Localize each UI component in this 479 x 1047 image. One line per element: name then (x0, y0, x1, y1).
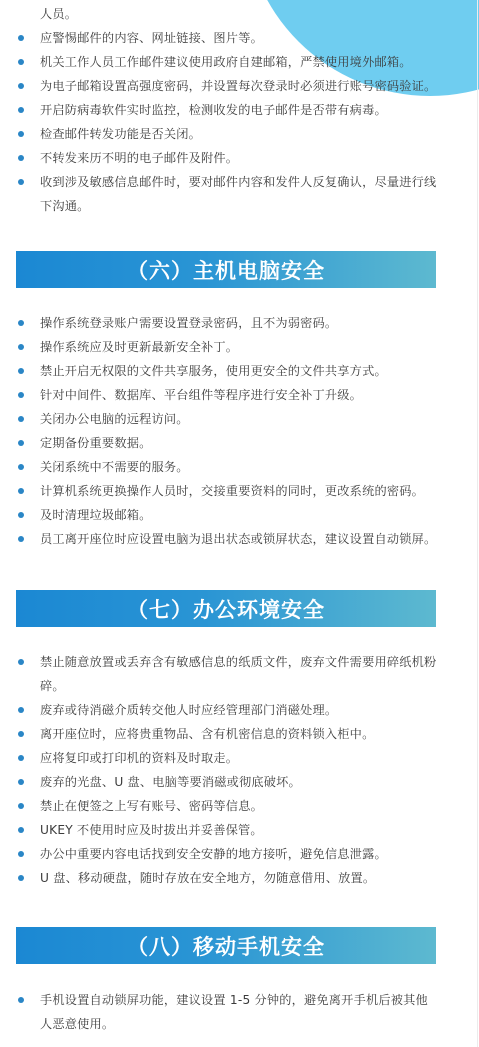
item-text: 计算机系统更换操作人员时，交接重要资料的同时，更改系统的密码。 (40, 484, 424, 498)
bullet-icon (18, 179, 24, 185)
section-header-mobile-phone: （八）移动手机安全 (16, 927, 436, 964)
bullet-icon (18, 536, 24, 542)
section-title: （七）办公环境安全 (127, 594, 325, 624)
list-item: 禁止开启无权限的文件共享服务，使用更安全的文件共享方式。 (0, 359, 479, 383)
list-item: 离开座位时，应将贵重物品、含有机密信息的资料锁入柜中。 (0, 722, 479, 746)
list-item: 禁止随意放置或丢弃含有敏感信息的纸质文件，废弃文件需要用碎纸机粉碎。 (0, 650, 479, 698)
section-list-mobile-phone: 手机设置自动锁屏功能，建议设置 1-5 分钟的，避免离开手机后被其他人恶意使用。 (0, 988, 479, 1036)
continuation-text: 人员。 (40, 2, 439, 26)
item-text: 定期备份重要数据。 (40, 436, 152, 450)
list-item: U 盘、移动硬盘，随时存放在安全地方，勿随意借用、放置。 (0, 866, 479, 890)
list-item: 操作系统登录账户需要设置登录密码，且不为弱密码。 (0, 311, 479, 335)
item-text: 禁止随意放置或丢弃含有敏感信息的纸质文件，废弃文件需要用碎纸机粉碎。 (40, 655, 436, 693)
section-header-office-environment: （七）办公环境安全 (16, 590, 436, 627)
bullet-icon (18, 803, 24, 809)
bullet-icon (18, 416, 24, 422)
list-item: 收到涉及敏感信息邮件时，要对邮件内容和发件人反复确认，尽量进行线下沟通。 (0, 170, 479, 218)
item-text: 操作系统登录账户需要设置登录密码，且不为弱密码。 (40, 316, 337, 330)
item-text: 废弃或待消磁介质转交他人时应经管理部门消磁处理。 (40, 703, 337, 717)
list-item: 办公中重要内容电话找到安全安静的地方接听，避免信息泄露。 (0, 842, 479, 866)
bullet-icon (18, 131, 24, 137)
list-item: 禁止在便签之上写有账号、密码等信息。 (0, 794, 479, 818)
list-item: 检查邮件转发功能是否关闭。 (0, 122, 479, 146)
bullet-icon (18, 59, 24, 65)
section-list-office-environment: 禁止随意放置或丢弃含有敏感信息的纸质文件，废弃文件需要用碎纸机粉碎。 废弃或待消… (0, 650, 479, 890)
item-text: 应警惕邮件的内容、网址链接、图片等。 (40, 31, 263, 45)
list-item: 操作系统应及时更新最新安全补丁。 (0, 335, 479, 359)
bullet-icon (18, 35, 24, 41)
list-item: 关闭办公电脑的远程访问。 (0, 407, 479, 431)
item-text: 开启防病毒软件实时监控，检测收发的电子邮件是否带有病毒。 (40, 103, 387, 117)
list-item: 废弃或待消磁介质转交他人时应经管理部门消磁处理。 (0, 698, 479, 722)
bullet-icon (18, 344, 24, 350)
list-item: 关闭系统中不需要的服务。 (0, 455, 479, 479)
list-item: 废弃的光盘、U 盘、电脑等要消磁或彻底破坏。 (0, 770, 479, 794)
list-item: UKEY 不使用时应及时拔出并妥善保管。 (0, 818, 479, 842)
item-text: 不转发来历不明的电子邮件及附件。 (40, 151, 238, 165)
section-header-host-computer: （六）主机电脑安全 (16, 251, 436, 288)
section-list-host-computer: 操作系统登录账户需要设置登录密码，且不为弱密码。 操作系统应及时更新最新安全补丁… (0, 311, 479, 551)
item-text: 关闭办公电脑的远程访问。 (40, 412, 189, 426)
item-text: 废弃的光盘、U 盘、电脑等要消磁或彻底破坏。 (40, 775, 301, 789)
bullet-icon (18, 997, 24, 1003)
section-title: （八）移动手机安全 (127, 931, 325, 961)
bullet-icon (18, 707, 24, 713)
list-item: 计算机系统更换操作人员时，交接重要资料的同时，更改系统的密码。 (0, 479, 479, 503)
bullet-icon (18, 440, 24, 446)
bullet-icon (18, 827, 24, 833)
list-item: 员工离开座位时应设置电脑为退出状态或锁屏状态，建议设置自动锁屏。 (0, 527, 479, 551)
item-text: 收到涉及敏感信息邮件时，要对邮件内容和发件人反复确认，尽量进行线下沟通。 (40, 175, 436, 213)
bullet-icon (18, 755, 24, 761)
item-text: 禁止开启无权限的文件共享服务，使用更安全的文件共享方式。 (40, 364, 387, 378)
list-item: 应警惕邮件的内容、网址链接、图片等。 (0, 26, 479, 50)
list-item: 针对中间件、数据库、平台组件等程序进行安全补丁升级。 (0, 383, 479, 407)
list-item: 定期备份重要数据。 (0, 431, 479, 455)
section-title: （六）主机电脑安全 (127, 255, 325, 285)
item-text: 操作系统应及时更新最新安全补丁。 (40, 340, 238, 354)
bullet-icon (18, 107, 24, 113)
bullet-icon (18, 875, 24, 881)
item-text: U 盘、移动硬盘，随时存放在安全地方，勿随意借用、放置。 (40, 871, 375, 885)
item-text: 及时清理垃圾邮箱。 (40, 508, 152, 522)
bullet-icon (18, 155, 24, 161)
list-item: 开启防病毒软件实时监控，检测收发的电子邮件是否带有病毒。 (0, 98, 479, 122)
bullet-icon (18, 83, 24, 89)
item-text: 应将复印或打印机的资料及时取走。 (40, 751, 238, 765)
list-item: 手机设置自动锁屏功能，建议设置 1-5 分钟的，避免离开手机后被其他人恶意使用。 (0, 988, 479, 1036)
bullet-icon (18, 320, 24, 326)
item-text: 员工离开座位时应设置电脑为退出状态或锁屏状态，建议设置自动锁屏。 (40, 532, 436, 546)
item-text: 检查邮件转发功能是否关闭。 (40, 127, 201, 141)
item-text: 办公中重要内容电话找到安全安静的地方接听，避免信息泄露。 (40, 847, 387, 861)
list-item-continuation: 人员。 (0, 2, 479, 26)
item-text: 关闭系统中不需要的服务。 (40, 460, 189, 474)
bullet-icon (18, 779, 24, 785)
list-item: 为电子邮箱设置高强度密码，并设置每次登录时必须进行账号密码验证。 (0, 74, 479, 98)
bullet-icon (18, 464, 24, 470)
bullet-icon (18, 851, 24, 857)
item-text: UKEY 不使用时应及时拔出并妥善保管。 (40, 823, 263, 837)
item-text: 手机设置自动锁屏功能，建议设置 1-5 分钟的，避免离开手机后被其他人恶意使用。 (40, 993, 428, 1031)
list-item: 应将复印或打印机的资料及时取走。 (0, 746, 479, 770)
bullet-icon (18, 392, 24, 398)
list-item: 不转发来历不明的电子邮件及附件。 (0, 146, 479, 170)
list-item: 及时清理垃圾邮箱。 (0, 503, 479, 527)
page-edge-divider (477, 0, 478, 1047)
item-text: 禁止在便签之上写有账号、密码等信息。 (40, 799, 263, 813)
bullet-icon (18, 659, 24, 665)
item-text: 针对中间件、数据库、平台组件等程序进行安全补丁升级。 (40, 388, 362, 402)
bullet-icon (18, 488, 24, 494)
item-text: 离开座位时，应将贵重物品、含有机密信息的资料锁入柜中。 (40, 727, 374, 741)
item-text: 为电子邮箱设置高强度密码，并设置每次登录时必须进行账号密码验证。 (40, 79, 436, 93)
email-security-continued: 人员。 应警惕邮件的内容、网址链接、图片等。 机关工作人员工作邮件建议使用政府自… (0, 2, 479, 218)
list-item: 机关工作人员工作邮件建议使用政府自建邮箱，严禁使用境外邮箱。 (0, 50, 479, 74)
bullet-icon (18, 368, 24, 374)
bullet-icon (18, 731, 24, 737)
bullet-icon (18, 512, 24, 518)
item-text: 机关工作人员工作邮件建议使用政府自建邮箱，严禁使用境外邮箱。 (40, 55, 412, 69)
